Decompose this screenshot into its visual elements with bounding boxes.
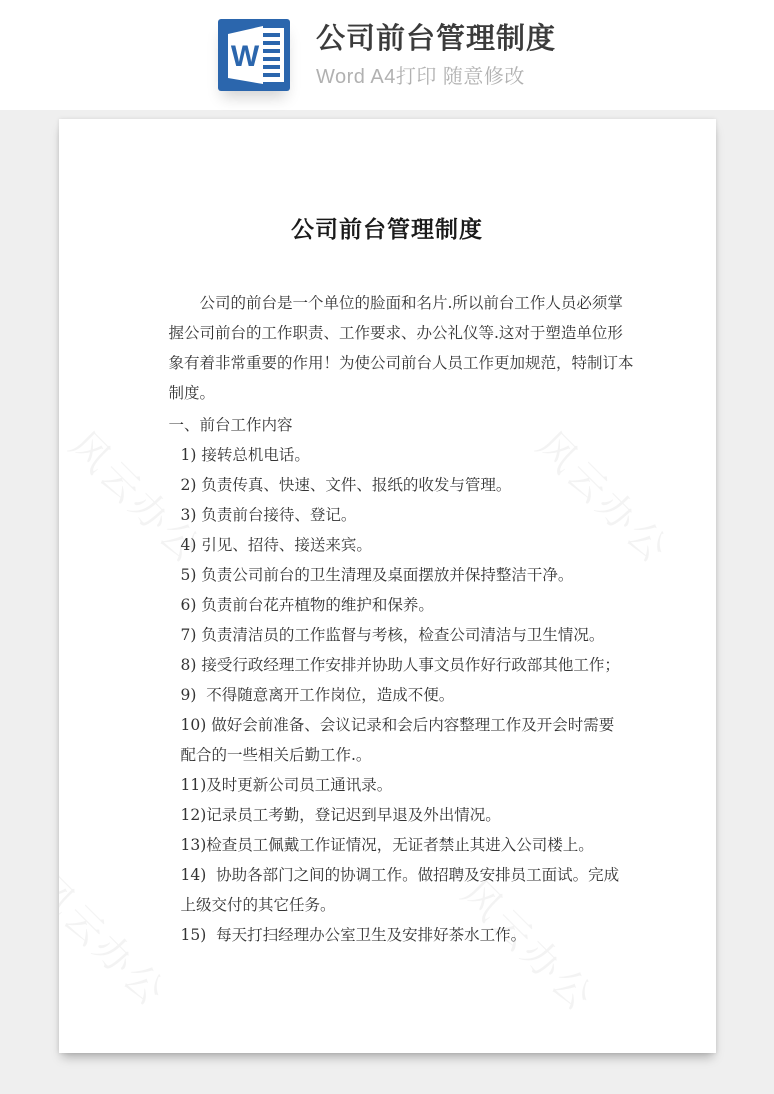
list-item: 14) 协助各部门之间的协调工作。做招聘及安排员工面试。完成 上级交付的其它任务… bbox=[169, 860, 676, 920]
section-heading: 一、前台工作内容 bbox=[169, 410, 676, 440]
list-item: 5) 负责公司前台的卫生清理及桌面摆放并保持整洁干净。 bbox=[169, 560, 676, 590]
list-item: 10) 做好会前准备、会议记录和会后内容整理工作及开会时需要 配合的一些相关后勤… bbox=[169, 710, 676, 770]
list-item: 12)记录员工考勤，登记迟到早退及外出情况。 bbox=[169, 800, 676, 830]
list-item: 3) 负责前台接待、登记。 bbox=[169, 500, 676, 530]
list-item: 1) 接转总机电话。 bbox=[169, 440, 676, 470]
list-item: 6) 负责前台花卉植物的维护和保养。 bbox=[169, 590, 676, 620]
word-icon-graphic: W bbox=[218, 19, 290, 91]
header-text: 公司前台管理制度 Word A4打印 随意修改 bbox=[316, 21, 556, 89]
list-item: 2) 负责传真、快速、文件、报纸的收发与管理。 bbox=[169, 470, 676, 500]
site-header: W 公司前台管理制度 Word A4打印 随意修改 bbox=[0, 0, 774, 110]
document-title: 公司前台管理制度 bbox=[59, 211, 716, 244]
list-item: 13)检查员工佩戴工作证情况，无证者禁止其进入公司楼上。 bbox=[169, 830, 676, 860]
document-content: 公司前台管理制度 公司的前台是一个单位的脸面和名片.所以前台工作人员必须掌 握公… bbox=[59, 119, 716, 950]
preview-area: 风云办公 风云办公 风云办公 风云办公 公司前台管理制度 公司的前台是一个单位的… bbox=[0, 110, 774, 1094]
template-subtitle: Word A4打印 随意修改 bbox=[316, 60, 556, 89]
document-intro-paragraph: 公司的前台是一个单位的脸面和名片.所以前台工作人员必须掌 握公司前台的工作职责、… bbox=[169, 288, 676, 408]
list-item: 11)及时更新公司员工通讯录。 bbox=[169, 770, 676, 800]
word-icon-letter: W bbox=[231, 40, 260, 73]
list-item: 7) 负责清洁员的工作监督与考核，检查公司清洁与卫生情况。 bbox=[169, 620, 676, 650]
list-item: 8) 接受行政经理工作安排并协助人事文员作好行政部其他工作； bbox=[169, 650, 676, 680]
word-icon: W bbox=[218, 19, 290, 91]
list-item: 15) 每天打扫经理办公室卫生及安排好茶水工作。 bbox=[169, 920, 676, 950]
list-item: 9) 不得随意离开工作岗位，造成不便。 bbox=[169, 680, 676, 710]
template-title: 公司前台管理制度 bbox=[316, 21, 556, 57]
list-item: 4) 引见、招待、接送来宾。 bbox=[169, 530, 676, 560]
duty-list: 1) 接转总机电话。2) 负责传真、快速、文件、报纸的收发与管理。3) 负责前台… bbox=[169, 440, 676, 950]
document-page: 风云办公 风云办公 风云办公 风云办公 公司前台管理制度 公司的前台是一个单位的… bbox=[59, 119, 716, 1053]
